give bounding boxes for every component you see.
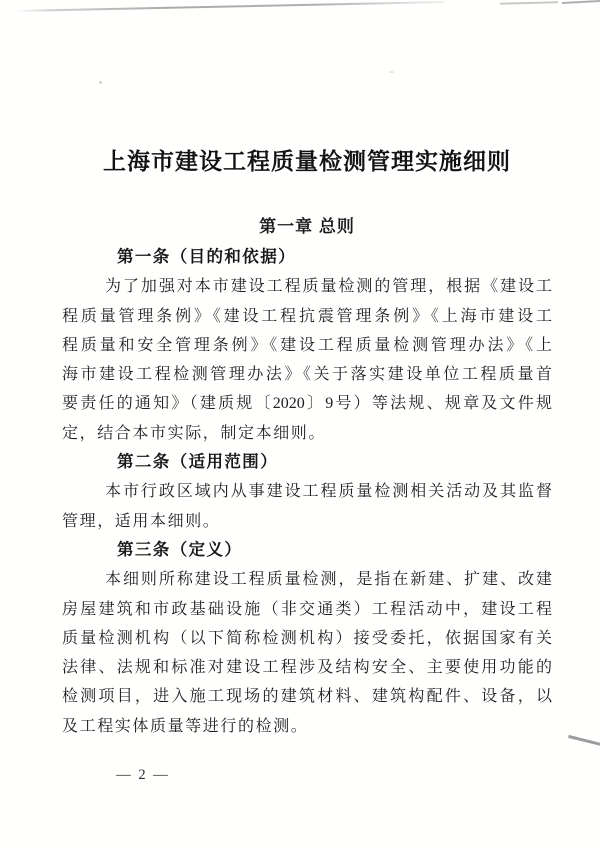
text-line: 及工程实体质量等进行的检测。 <box>62 712 552 741</box>
text-line: 程质量和安全管理条例》《建设工程质量检测管理办法》《上 <box>62 331 552 360</box>
text-line: 本细则所称建设工程质量检测，是指在新建、扩建、改建 <box>62 565 552 594</box>
article-heading: 第三条（定义） <box>62 536 552 565</box>
article-heading: 第一条（目的和依据） <box>62 243 552 272</box>
text-line: 海市建设工程检测管理办法》《关于落实建设单位工程质量首 <box>62 360 552 389</box>
document-page: 上海市建设工程质量检测管理实施细则 第一章 总则 第一条（目的和依据）为了加强对… <box>0 0 600 848</box>
text-line: 程质量管理条例》《建设工程抗震管理条例》《上海市建设工 <box>62 302 552 331</box>
text-line: 本市行政区域内从事建设工程质量检测相关活动及其监督 <box>62 477 552 506</box>
text-line: 房屋建筑和市政基础设施（非交通类）工程活动中，建设工程 <box>62 595 552 624</box>
scan-artifact-top-line <box>15 1 445 12</box>
scan-artifact-mark <box>568 735 600 746</box>
text-line: 检测项目，进入施工现场的建筑材料、建筑构配件、设备，以 <box>62 682 552 711</box>
text-line: 法律、法规和标准对建设工程涉及结构安全、主要使用功能的 <box>62 653 552 682</box>
text-line: 定，结合本市实际，制定本细则。 <box>62 419 552 448</box>
text-line: 要责任的通知》（建质规〔2020〕9号）等法规、规章及文件规 <box>62 389 552 418</box>
scan-artifact-dot <box>99 81 102 84</box>
document-title: 上海市建设工程质量检测管理实施细则 <box>55 143 559 176</box>
document-body: 第一条（目的和依据）为了加强对本市建设工程质量检测的管理，根据《建设工程质量管理… <box>62 243 552 741</box>
scan-artifact-dot <box>389 71 394 73</box>
text-line: 为了加强对本市建设工程质量检测的管理，根据《建设工 <box>62 272 552 301</box>
chapter-heading: 第一章 总则 <box>55 212 559 237</box>
scan-artifact-corner <box>562 0 600 4</box>
page-number: — 2 — <box>62 767 224 784</box>
article-heading: 第二条（适用范围） <box>62 448 552 477</box>
text-line: 管理，适用本细则。 <box>62 507 552 536</box>
text-line: 质量检测机构（以下简称检测机构）接受委托，依据国家有关 <box>62 624 552 653</box>
scan-artifact-top-right <box>500 1 558 4</box>
